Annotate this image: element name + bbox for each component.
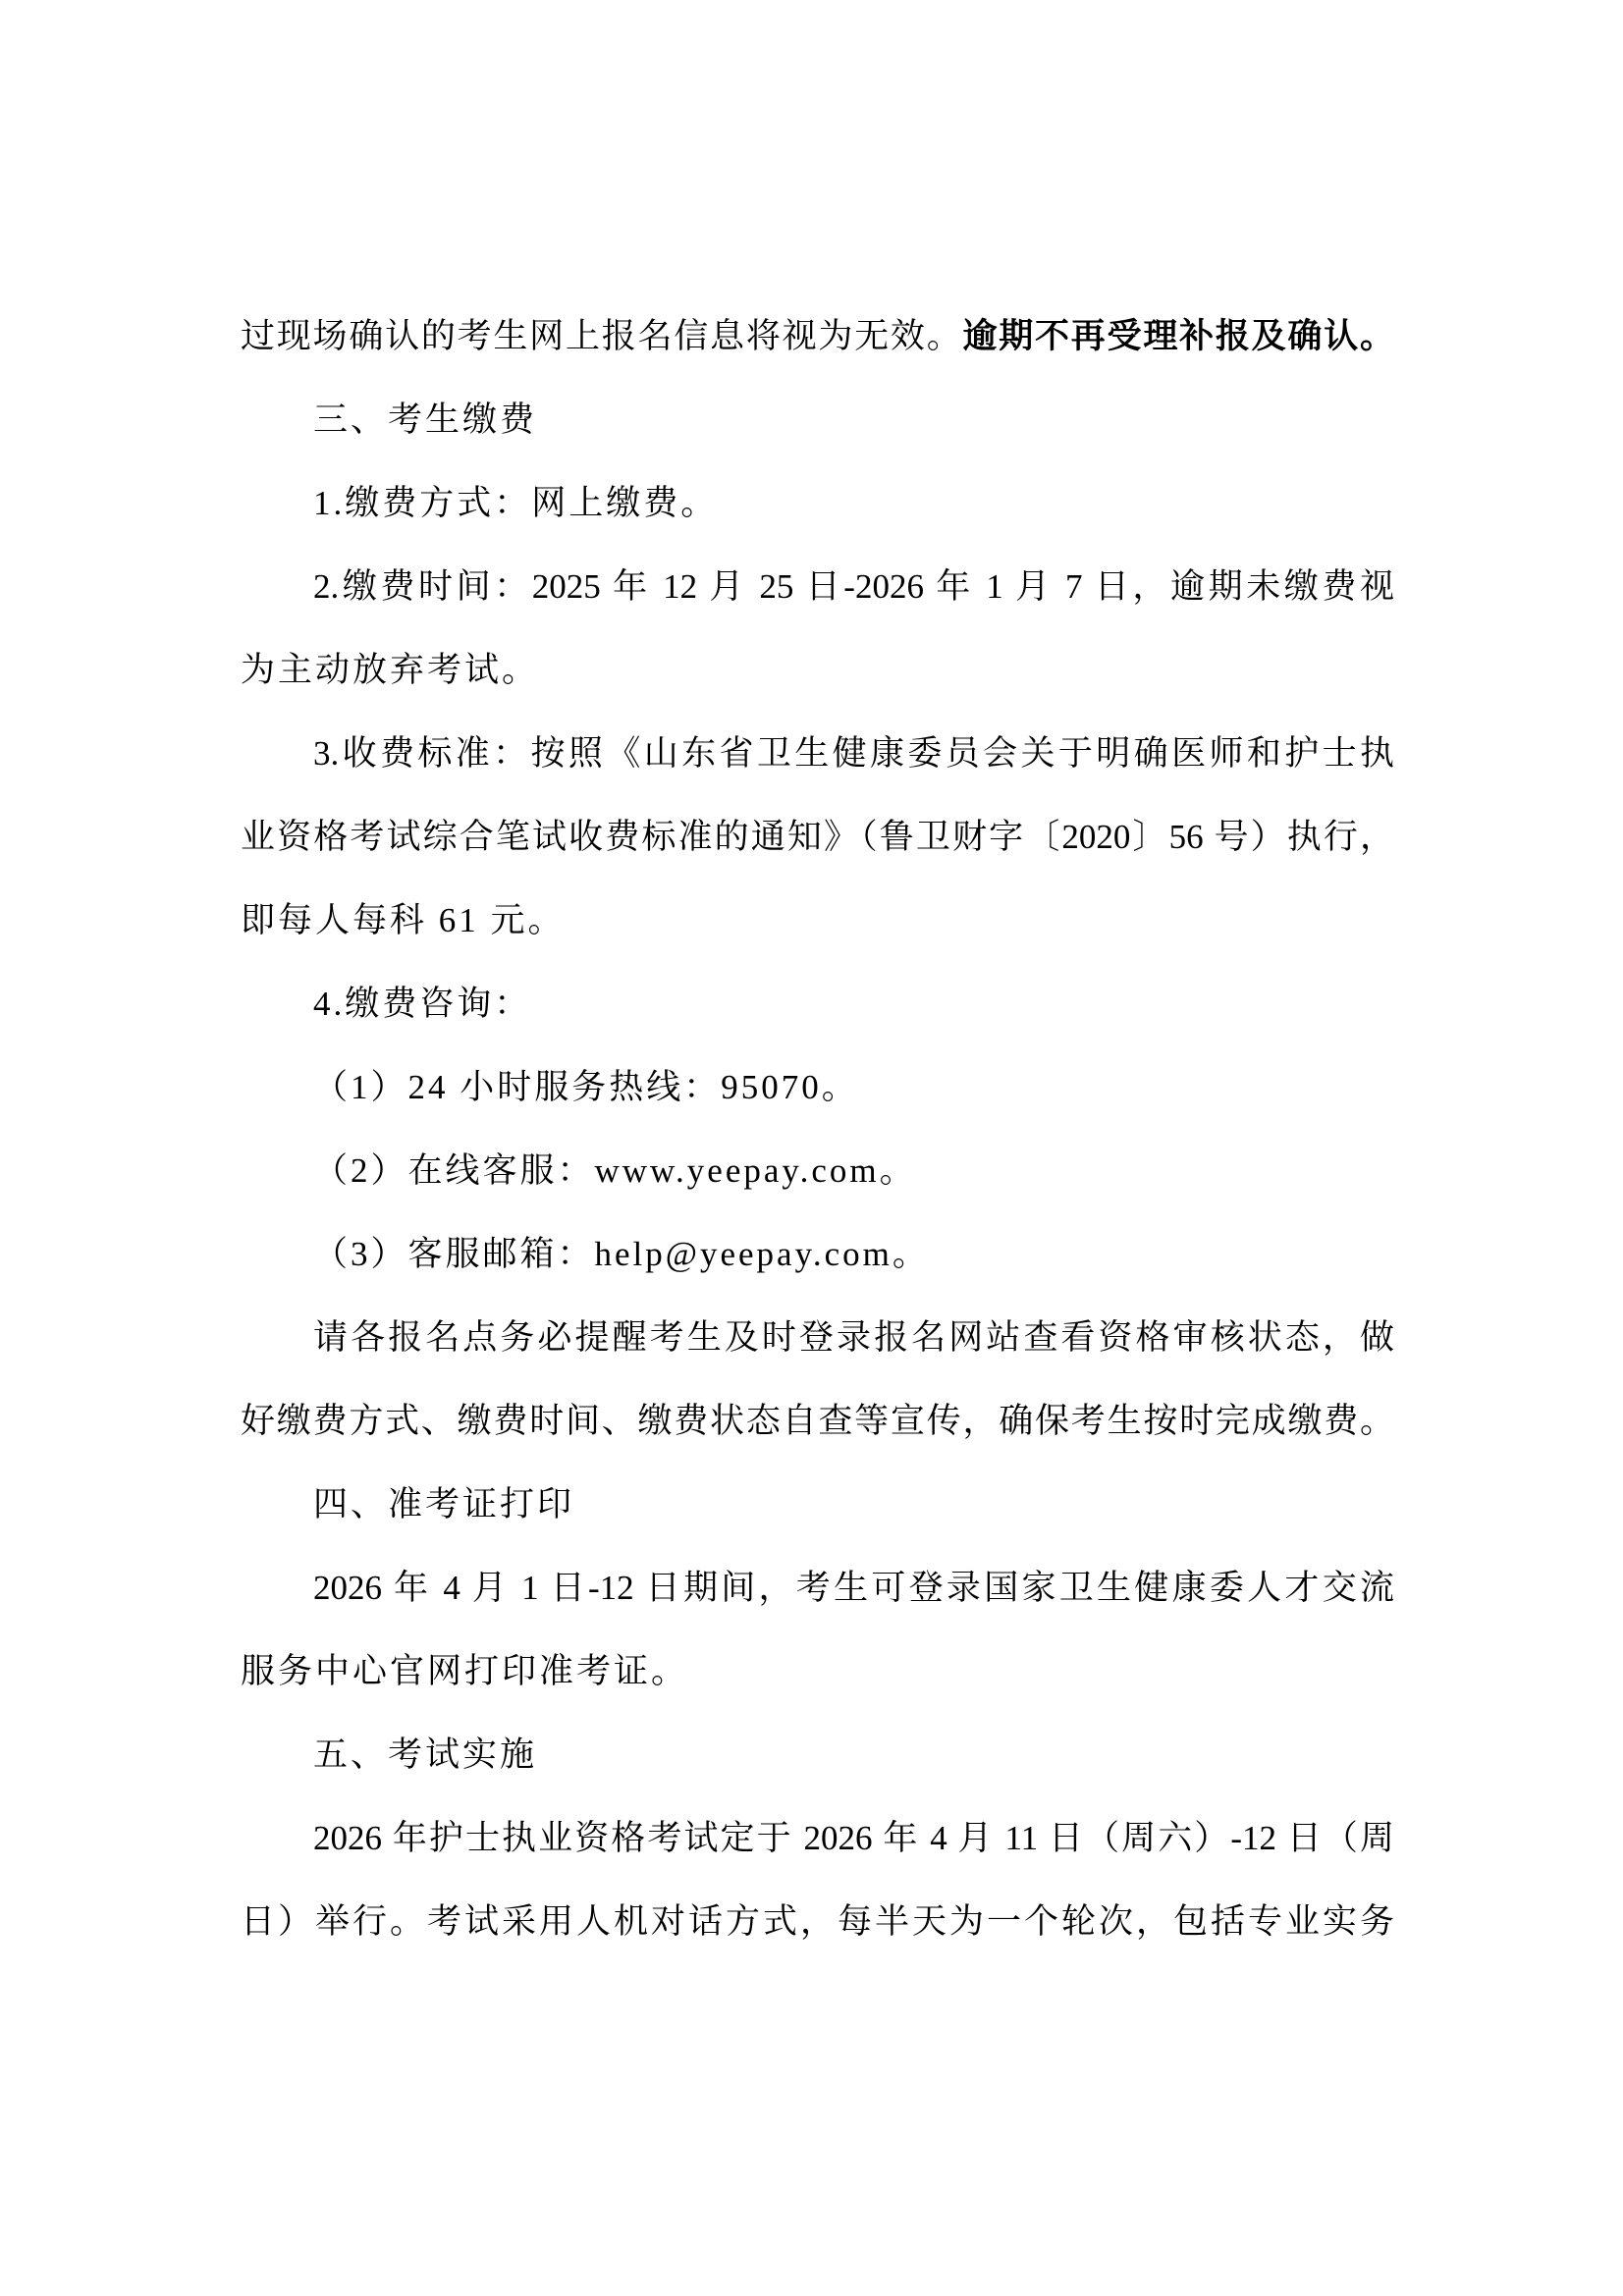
body-text: 2026 年 4 月 1 日-12 日期间，考生可登录国家卫生健康委人才交流 bbox=[313, 1569, 1394, 1607]
text-line: 过现场确认的考生网上报名信息将视为无效。逾期不再受理补报及确认。 bbox=[241, 294, 1394, 378]
text-line: （3）客服邮箱：help@yeepay.com。 bbox=[241, 1212, 1394, 1296]
text-line: （2）在线客服：www.yeepay.com。 bbox=[241, 1129, 1394, 1212]
text-line: 日）举行。考试采用人机对话方式，每半天为一个轮次，包括专业实务 bbox=[241, 1880, 1394, 1963]
text-line: 2026 年护士执业资格考试定于 2026 年 4 月 11 日（周六）-12 … bbox=[241, 1796, 1394, 1880]
body-text: 五、考试实施 bbox=[313, 1735, 537, 1774]
body-text: 2.缴费时间：2025 年 12 月 25 日-2026 年 1 月 7 日，逾… bbox=[313, 567, 1394, 606]
body-text: 4.缴费咨询： bbox=[313, 985, 531, 1023]
body-text: 1.缴费方式：网上缴费。 bbox=[313, 484, 718, 522]
text-line: 3.收费标准：按照《山东省卫生健康委员会关于明确医师和护士执 bbox=[241, 712, 1394, 795]
body-text: 为主动放弃考试。 bbox=[241, 651, 539, 689]
body-text: （2）在线客服：www.yeepay.com。 bbox=[313, 1151, 917, 1190]
bold-text: 逾期不再受理补报及确认。 bbox=[962, 317, 1394, 355]
text-line: 业资格考试综合笔试收费标准的通知》（鲁卫财字〔2020〕56 号）执行， bbox=[241, 795, 1394, 879]
document-page: 过现场确认的考生网上报名信息将视为无效。逾期不再受理补报及确认。三、考生缴费1.… bbox=[0, 0, 1623, 2296]
text-line: （1）24 小时服务热线：95070。 bbox=[241, 1045, 1394, 1129]
text-line: 2.缴费时间：2025 年 12 月 25 日-2026 年 1 月 7 日，逾… bbox=[241, 545, 1394, 628]
body-text: （3）客服邮箱：help@yeepay.com。 bbox=[313, 1235, 930, 1273]
body-text: 好缴费方式、缴费时间、缴费状态自查等宣传，确保考生按时完成缴费。 bbox=[241, 1402, 1394, 1440]
text-line: 五、考试实施 bbox=[241, 1713, 1394, 1796]
body-text: 服务中心官网打印准考证。 bbox=[241, 1652, 688, 1690]
text-line: 三、考生缴费 bbox=[241, 378, 1394, 461]
body-text: 四、准考证打印 bbox=[313, 1485, 574, 1523]
body-text: 3.收费标准：按照《山东省卫生健康委员会关于明确医师和护士执 bbox=[313, 734, 1394, 773]
body-text: 业资格考试综合笔试收费标准的通知》（鲁卫财字〔2020〕56 号）执行， bbox=[241, 818, 1394, 856]
body-text: 2026 年护士执业资格考试定于 2026 年 4 月 11 日（周六）-12 … bbox=[313, 1819, 1394, 1857]
body-text: （1）24 小时服务热线：95070。 bbox=[313, 1068, 859, 1106]
text-line: 四、准考证打印 bbox=[241, 1463, 1394, 1546]
text-line: 请各报名点务必提醒考生及时登录报名网站查看资格审核状态，做 bbox=[241, 1296, 1394, 1379]
text-line: 为主动放弃考试。 bbox=[241, 628, 1394, 712]
body-text: 日）举行。考试采用人机对话方式，每半天为一个轮次，包括专业实务 bbox=[241, 1902, 1394, 1941]
document-body: 过现场确认的考生网上报名信息将视为无效。逾期不再受理补报及确认。三、考生缴费1.… bbox=[241, 294, 1394, 1963]
body-text: 请各报名点务必提醒考生及时登录报名网站查看资格审核状态，做 bbox=[313, 1318, 1394, 1357]
text-line: 4.缴费咨询： bbox=[241, 962, 1394, 1045]
text-line: 服务中心官网打印准考证。 bbox=[241, 1629, 1394, 1713]
body-text: 过现场确认的考生网上报名信息将视为无效。 bbox=[241, 317, 962, 355]
text-line: 即每人每科 61 元。 bbox=[241, 879, 1394, 962]
text-line: 1.缴费方式：网上缴费。 bbox=[241, 461, 1394, 545]
text-line: 好缴费方式、缴费时间、缴费状态自查等宣传，确保考生按时完成缴费。 bbox=[241, 1379, 1394, 1463]
body-text: 即每人每科 61 元。 bbox=[241, 901, 566, 939]
text-line: 2026 年 4 月 1 日-12 日期间，考生可登录国家卫生健康委人才交流 bbox=[241, 1546, 1394, 1629]
body-text: 三、考生缴费 bbox=[313, 400, 537, 439]
